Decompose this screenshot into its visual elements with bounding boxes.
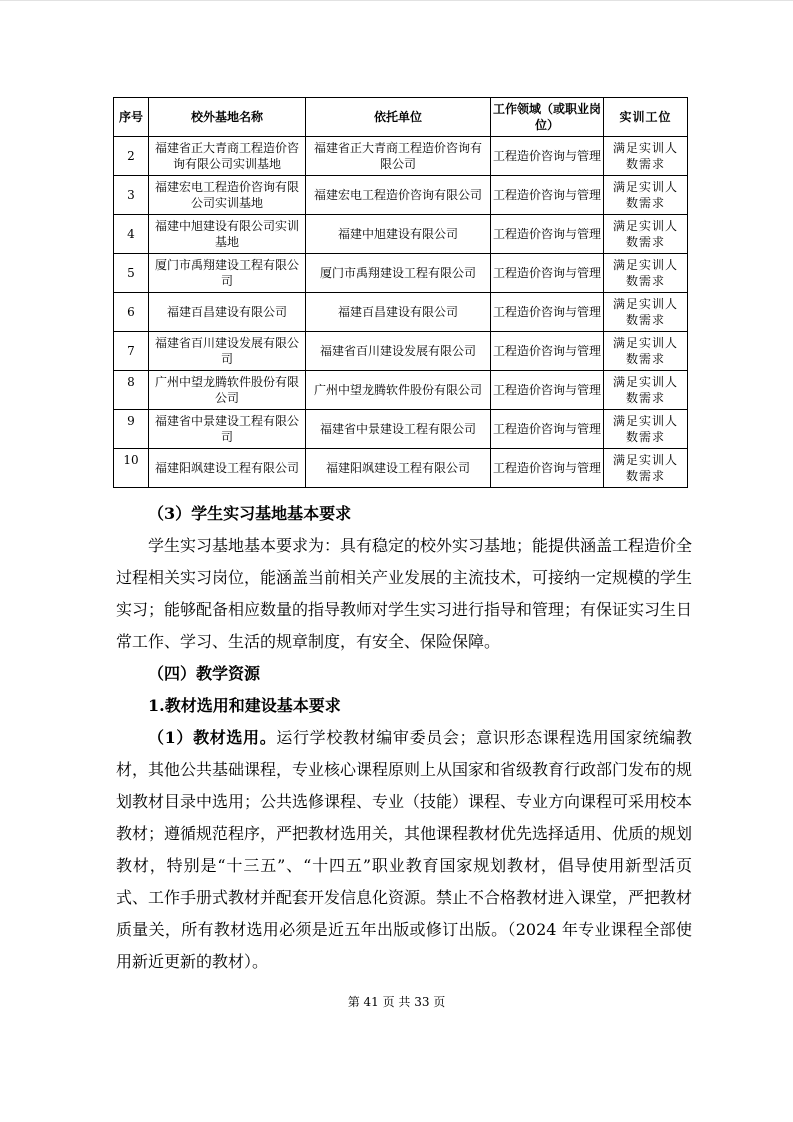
table-header-cell: 校外基地名称: [149, 98, 306, 137]
heading-teaching-resources: （四）教学资源: [116, 658, 692, 690]
table-cell: 满足实训人数需求: [604, 332, 688, 371]
table-header-cell: 依托单位: [306, 98, 491, 137]
paragraph-student-base-requirements: 学生实习基地基本要求为：具有稳定的校外实习基地；能提供涵盖工程造价全过程相关实习…: [116, 530, 692, 658]
table-cell: 工程造价咨询与管理: [491, 137, 604, 176]
table-cell: 工程造价咨询与管理: [491, 176, 604, 215]
table-cell: 福建省中景建设工程有限公司: [149, 410, 306, 449]
table-cell: 满足实训人数需求: [604, 176, 688, 215]
table-row: 9福建省中景建设工程有限公司福建省中景建设工程有限公司工程造价咨询与管理满足实训…: [114, 410, 688, 449]
table-cell: 满足实训人数需求: [604, 449, 688, 488]
table-row: 2福建省正大青商工程造价咨询有限公司实训基地福建省正大青商工程造价咨询有限公司工…: [114, 137, 688, 176]
table-row: 6福建百昌建设有限公司福建百昌建设有限公司工程造价咨询与管理满足实训人数需求: [114, 293, 688, 332]
table-header-cell: 实训工位: [604, 98, 688, 137]
table-cell: 福建百昌建设有限公司: [149, 293, 306, 332]
table-row: 3福建宏电工程造价咨询有限公司实训基地福建宏电工程造价咨询有限公司工程造价咨询与…: [114, 176, 688, 215]
table-header-row: 序号校外基地名称依托单位工作领域（或职业岗位）实训工位: [114, 98, 688, 137]
table-cell: 满足实训人数需求: [604, 137, 688, 176]
table-cell: 厦门市禹翔建设工程有限公司: [306, 254, 491, 293]
table-cell: 福建省百川建设发展有限公司: [149, 332, 306, 371]
table-cell: 满足实训人数需求: [604, 254, 688, 293]
table-row: 5厦门市禹翔建设工程有限公司厦门市禹翔建设工程有限公司工程造价咨询与管理满足实训…: [114, 254, 688, 293]
training-base-table: 序号校外基地名称依托单位工作领域（或职业岗位）实训工位 2福建省正大青商工程造价…: [113, 97, 688, 488]
table-cell: 福建省正大青商工程造价咨询有限公司: [306, 137, 491, 176]
table-cell: 工程造价咨询与管理: [491, 332, 604, 371]
table-header-cell: 序号: [114, 98, 149, 137]
table-cell: 3: [114, 176, 149, 215]
table-cell: 福建阳飒建设工程有限公司: [306, 449, 491, 488]
table-cell: 满足实训人数需求: [604, 293, 688, 332]
table-cell: 8: [114, 371, 149, 410]
table-cell: 工程造价咨询与管理: [491, 293, 604, 332]
table-cell: 福建省正大青商工程造价咨询有限公司实训基地: [149, 137, 306, 176]
heading-student-base-requirements: （3）学生实习基地基本要求: [116, 498, 692, 530]
table-cell: 福建中旭建设有限公司: [306, 215, 491, 254]
document-body: （3）学生实习基地基本要求 学生实习基地基本要求为：具有稳定的校外实习基地；能提…: [116, 498, 692, 978]
table-cell: 福建阳飒建设工程有限公司: [149, 449, 306, 488]
table-cell: 工程造价咨询与管理: [491, 215, 604, 254]
table-cell: 福建省百川建设发展有限公司: [306, 332, 491, 371]
table-cell: 福建中旭建设有限公司实训基地: [149, 215, 306, 254]
document-page: 序号校外基地名称依托单位工作领域（或职业岗位）实训工位 2福建省正大青商工程造价…: [0, 0, 793, 1122]
page-number-footer: 第 41 页 共 33 页: [0, 993, 793, 1011]
table-cell: 厦门市禹翔建设工程有限公司: [149, 254, 306, 293]
table-cell: 福建宏电工程造价咨询有限公司实训基地: [149, 176, 306, 215]
table-cell: 9: [114, 410, 149, 449]
table-cell: 工程造价咨询与管理: [491, 410, 604, 449]
table-cell: 工程造价咨询与管理: [491, 371, 604, 410]
table-cell: 满足实训人数需求: [604, 410, 688, 449]
table-cell: 7: [114, 332, 149, 371]
table-cell: 福建百昌建设有限公司: [306, 293, 491, 332]
table-row: 7福建省百川建设发展有限公司福建省百川建设发展有限公司工程造价咨询与管理满足实训…: [114, 332, 688, 371]
table-cell: 6: [114, 293, 149, 332]
paragraph-textbook-selection: （1）教材选用。运行学校教材编审委员会；意识形态课程选用国家统编教材，其他公共基…: [116, 722, 692, 978]
table-cell: 5: [114, 254, 149, 293]
table-cell: 广州中望龙腾软件股份有限公司: [149, 371, 306, 410]
table-cell: 福建省中景建设工程有限公司: [306, 410, 491, 449]
table-header-cell: 工作领域（或职业岗位）: [491, 98, 604, 137]
table-cell: 广州中望龙腾软件股份有限公司: [306, 371, 491, 410]
table-cell: 福建宏电工程造价咨询有限公司: [306, 176, 491, 215]
table-cell: 10: [114, 449, 149, 488]
table-cell: 满足实训人数需求: [604, 371, 688, 410]
textbook-selection-body: 运行学校教材编审委员会；意识形态课程选用国家统编教材，其他公共基础课程，专业核心…: [116, 728, 692, 971]
table-row: 4福建中旭建设有限公司实训基地福建中旭建设有限公司工程造价咨询与管理满足实训人数…: [114, 215, 688, 254]
table-cell: 2: [114, 137, 149, 176]
training-base-table-header: 序号校外基地名称依托单位工作领域（或职业岗位）实训工位: [114, 98, 688, 137]
textbook-selection-lead: （1）教材选用。: [148, 728, 276, 747]
table-cell: 4: [114, 215, 149, 254]
table-cell: 工程造价咨询与管理: [491, 449, 604, 488]
table-cell: 工程造价咨询与管理: [491, 254, 604, 293]
table-cell: 满足实训人数需求: [604, 215, 688, 254]
training-base-table-body: 2福建省正大青商工程造价咨询有限公司实训基地福建省正大青商工程造价咨询有限公司工…: [114, 137, 688, 488]
table-row: 8广州中望龙腾软件股份有限公司广州中望龙腾软件股份有限公司工程造价咨询与管理满足…: [114, 371, 688, 410]
table-row: 10福建阳飒建设工程有限公司福建阳飒建设工程有限公司工程造价咨询与管理满足实训人…: [114, 449, 688, 488]
heading-textbook-selection: 1.教材选用和建设基本要求: [116, 690, 692, 722]
